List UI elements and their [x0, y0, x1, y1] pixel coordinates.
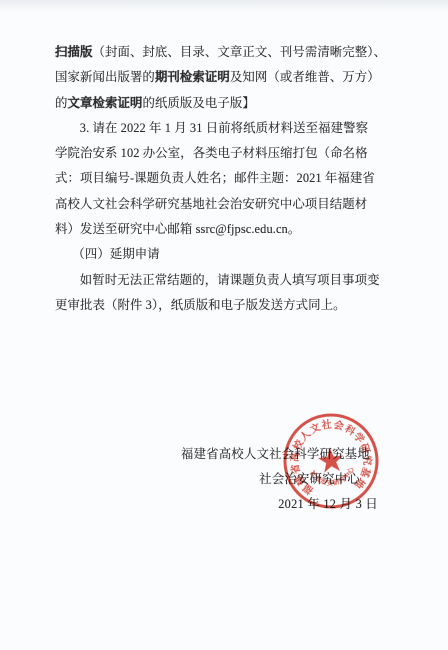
body-line: 3. 请在 2022 年 1 月 31 日前将纸质材料送至福建警察 [55, 116, 395, 141]
body-line: 扫描版（封面、封底、目录、文章正文、刊号需清晰完整）、 [55, 40, 395, 65]
text-run: （四）延期申请 [72, 247, 159, 261]
body-line: 国家新闻出版署的期刊检索证明及知网（或者维普、万方） [55, 65, 395, 90]
text-run: 料）发送至研究中心邮箱 ssrc@fjpsc.edu.cn。 [55, 222, 300, 236]
scan-artifact-top-shade [0, 0, 448, 12]
body-line: 如暂时无法正常结题的，请课题负责人填写项目事项变 [55, 268, 395, 293]
text-run: 式：项目编号-课题负责人姓名；邮件主题：2021 年福建省 [55, 171, 375, 185]
body-line: 料）发送至研究中心邮箱 ssrc@fjpsc.edu.cn。 [55, 217, 395, 242]
signature-date: 2021 年 12 月 3 日 [278, 494, 378, 512]
text-run-bold: 扫描版 [55, 45, 92, 59]
text-run-bold: 文章检索证明 [68, 96, 143, 110]
text-run: 的纸质版及电子版】 [142, 96, 254, 110]
body-line: 学院治安系 102 办公室，各类电子材料压缩打包（命名格 [55, 141, 395, 166]
text-run: 如暂时无法正常结题的，请课题负责人填写项目事项变 [80, 273, 380, 287]
text-run: 3. 请在 2022 年 1 月 31 日前将纸质材料送至福建警察 [80, 121, 368, 135]
text-run: 的 [55, 96, 68, 110]
document-body: 扫描版（封面、封底、目录、文章正文、刊号需清晰完整）、国家新闻出版署的期刊检索证… [55, 40, 395, 318]
text-run: 国家新闻出版署的 [55, 70, 155, 84]
signature-org-line2: 社会治安研究中心 [259, 469, 360, 487]
scanned-document-page: 扫描版（封面、封底、目录、文章正文、刊号需清晰完整）、国家新闻出版署的期刊检索证… [0, 0, 448, 650]
text-run-bold: 期刊检索证明 [155, 70, 230, 84]
body-line: 更审批表（附件 3），纸质版和电子版发送方式同上。 [55, 293, 395, 318]
signature-org-line1: 福建省高校人文社会科学研究基地 [181, 444, 370, 462]
text-run: 高校人文社会科学研究基地社会治安研究中心项目结题材 [55, 197, 367, 211]
body-line: （四）延期申请 [55, 242, 395, 267]
text-run: 及知网（或者维普、万方） [230, 70, 380, 84]
body-line: 式：项目编号-课题负责人姓名；邮件主题：2021 年福建省 [55, 166, 395, 191]
body-line: 的文章检索证明的纸质版及电子版】 [55, 91, 395, 116]
text-run: （封面、封底、目录、文章正文、刊号需清晰完整）、 [92, 45, 386, 59]
body-line: 高校人文社会科学研究基地社会治安研究中心项目结题材 [55, 192, 395, 217]
text-run: 学院治安系 102 办公室，各类电子材料压缩打包（命名格 [55, 146, 368, 160]
text-run: 更审批表（附件 3），纸质版和电子版发送方式同上。 [55, 298, 346, 312]
